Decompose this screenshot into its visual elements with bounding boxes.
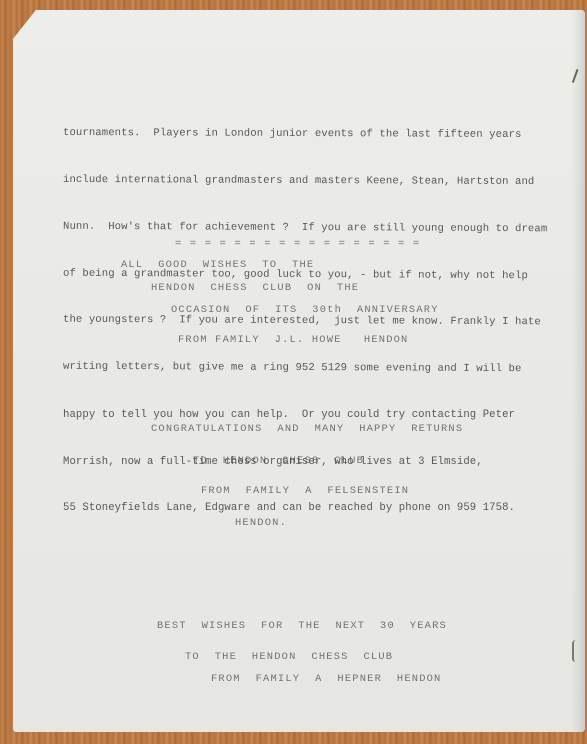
paragraph-line: 55 Stoneyfields Lane, Edgware and can be… bbox=[63, 501, 547, 517]
greeting-1-line-3: OCCASION OF ITS 30th ANNIVERSARY bbox=[171, 304, 439, 316]
typewritten-page: tournaments. Players in London junior ev… bbox=[13, 10, 585, 732]
separator-line: = = = = = = = = = = = = = = = = = bbox=[175, 238, 420, 250]
greeting-2-line-2: TO HENDON CHESS CLUB bbox=[193, 455, 364, 467]
greeting-2-line-1: CONGRATULATIONS AND MANY HAPPY RETURNS bbox=[151, 423, 463, 435]
greeting-1-line-2: HENDON CHESS CLUB ON THE bbox=[151, 282, 359, 294]
paragraph-line: writing letters, but give me a ring 952 … bbox=[63, 360, 547, 378]
greeting-1-line-1: ALL GOOD WISHES TO THE bbox=[121, 259, 314, 271]
greeting-1-line-4: FROM FAMILY J.L. HOWE HENDON bbox=[178, 334, 409, 346]
paragraph-line: happy to tell you how you can help. Or y… bbox=[63, 408, 547, 424]
greeting-2-line-3: FROM FAMILY A FELSENSTEIN bbox=[201, 485, 409, 497]
paragraph-line: include international grandmasters and m… bbox=[63, 173, 547, 191]
staple-icon bbox=[572, 640, 579, 662]
paragraph-line: Nunn. How's that for achievement ? If yo… bbox=[63, 219, 547, 237]
greeting-3-line-3: FROM FAMILY A HEPNER HENDON bbox=[211, 673, 442, 685]
greeting-2-line-4: HENDON. bbox=[235, 517, 287, 529]
greeting-3-line-2: TO THE HENDON CHESS CLUB bbox=[185, 651, 393, 663]
body-paragraph: tournaments. Players in London junior ev… bbox=[63, 96, 547, 548]
paragraph-line: tournaments. Players in London junior ev… bbox=[63, 126, 547, 144]
greeting-3-line-1: BEST WISHES FOR THE NEXT 30 YEARS bbox=[157, 620, 447, 632]
staple-icon bbox=[572, 69, 584, 85]
